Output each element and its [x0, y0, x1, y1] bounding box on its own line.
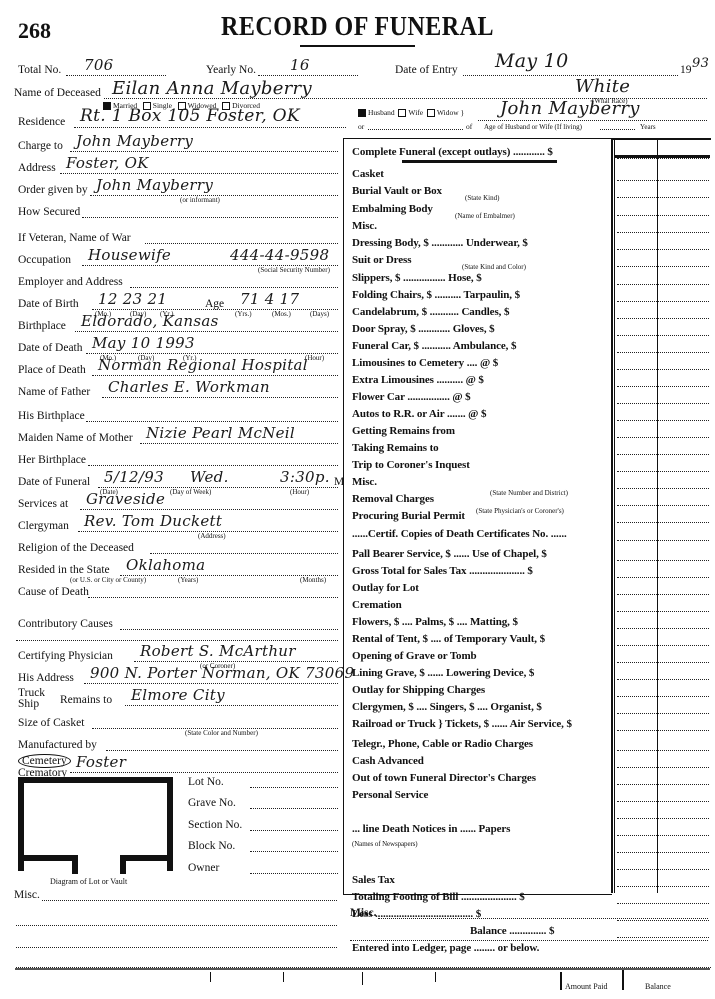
charge-item: Folding Chairs, $ .......... Tarpaulin, … — [352, 289, 520, 301]
charge-amount-cell[interactable] — [617, 352, 709, 353]
charge-item: Taking Remains to — [352, 442, 439, 454]
charge-item: Funeral Car, $ ........... Ambulance, $ — [352, 340, 516, 352]
caption-burial-vault: (State Kind) — [465, 194, 499, 202]
misc-left-line[interactable] — [16, 947, 337, 948]
charge-amount-cell[interactable] — [617, 249, 709, 250]
charge-amount-cell[interactable] — [617, 903, 709, 904]
field-line[interactable] — [134, 661, 338, 662]
lot-diagram-edge — [18, 855, 78, 861]
date-of-entry-line — [463, 75, 678, 76]
checkbox-icon[interactable] — [427, 109, 435, 117]
charge-amount-cell[interactable] — [617, 594, 709, 595]
field-label: Contributory Causes — [18, 618, 113, 630]
complete-funeral-underline — [402, 160, 557, 163]
checkbox-icon[interactable] — [398, 109, 406, 117]
charge-amount-cell[interactable] — [617, 420, 709, 421]
misc-right-label: Misc. — [350, 907, 377, 919]
field-caption: (or informant) — [180, 196, 220, 204]
age-caption: (Yrs.) — [235, 310, 252, 318]
field-value[interactable]: 900 N. Porter Norman, OK 73069 — [90, 664, 354, 682]
field-line[interactable] — [86, 421, 338, 422]
charge-amount-cell[interactable] — [617, 662, 709, 663]
checkbox-checked-icon[interactable] — [358, 109, 366, 117]
charge-amount-cell[interactable] — [617, 540, 709, 541]
charge-amount-cell[interactable] — [617, 215, 709, 216]
transport-type: TruckShip — [18, 688, 45, 710]
field-caption: (State Color and Number) — [185, 729, 258, 737]
field-label: His Address — [18, 672, 74, 684]
charge-item: Outlay for Lot — [352, 582, 419, 594]
field-line[interactable] — [130, 287, 338, 288]
field-line[interactable] — [125, 705, 338, 706]
field-label: Size of Casket — [18, 717, 84, 729]
field-line[interactable] — [140, 443, 338, 444]
spouse-of-label: of — [466, 122, 472, 131]
charge-amount-cell[interactable] — [617, 696, 709, 697]
amount-paid-label: Amount Paid — [565, 982, 607, 991]
residence-line — [74, 127, 346, 128]
lot-diagram-leg — [72, 855, 78, 874]
charge-amount-cell[interactable] — [617, 471, 709, 472]
field-line[interactable] — [150, 553, 338, 554]
field-label: Cause of Death — [18, 586, 89, 598]
charge-item: Slippers, $ ................ Hose, $ — [352, 272, 482, 284]
race-value[interactable]: White — [575, 76, 630, 97]
footer-tick — [362, 972, 363, 985]
lot-field-label: Section No. — [188, 819, 242, 831]
charge-item: Misc. — [352, 476, 377, 488]
charge-amount-cell[interactable] — [617, 750, 709, 751]
charge-amount-cell[interactable] — [617, 158, 709, 159]
charge-item: Flower Car ................ @ $ — [352, 391, 471, 403]
field-value[interactable]: 12 23 21 — [98, 290, 167, 308]
page-title: RECORD OF FUNERAL — [0, 12, 715, 43]
misc-right-line[interactable] — [378, 918, 708, 919]
charge-item: ......Certif. Copies of Death Certificat… — [352, 528, 567, 540]
charge-amount-cell[interactable] — [617, 488, 709, 489]
footer-divider — [560, 972, 562, 990]
field-label: Employer and Address — [18, 276, 123, 288]
charge-item: Embalming Body — [352, 203, 433, 215]
caption-certif: (State Physician's or Coroner's) — [476, 507, 564, 515]
field-line[interactable] — [88, 597, 338, 598]
lot-field-line[interactable] — [250, 808, 338, 809]
charge-item: Dressing Body, $ ............ Underwear,… — [352, 237, 528, 249]
field-value-secondary[interactable]: 444-44-9598 — [230, 246, 329, 264]
lot-field-line[interactable] — [250, 851, 338, 852]
diagram-caption: Diagram of Lot or Vault — [50, 877, 127, 886]
field-label: Clergyman — [18, 520, 69, 532]
charge-amount-cell[interactable] — [617, 197, 709, 198]
charge-item: Out of town Funeral Director's Charges — [352, 772, 536, 784]
charge-amount-cell[interactable] — [617, 628, 709, 629]
lot-diagram-edge — [120, 855, 173, 861]
field-value[interactable]: Robert S. McArthur — [140, 642, 296, 660]
charge-item: Removal Charges — [352, 493, 434, 505]
total-no-value[interactable]: 706 — [84, 56, 114, 74]
charge-amount-cell[interactable] — [617, 301, 709, 302]
charge-item: Burial Vault or Box — [352, 185, 442, 197]
lot-field-line[interactable] — [250, 787, 338, 788]
field-value[interactable]: Foster — [76, 753, 126, 771]
charge-item: Clergymen, $ .... Singers, $ .... Organi… — [352, 701, 542, 713]
lot-field-label: Grave No. — [188, 797, 236, 809]
charge-item: Sales Tax — [352, 874, 395, 886]
field-line[interactable] — [80, 509, 338, 510]
charge-amount-cell[interactable] — [617, 713, 709, 714]
ship-option[interactable]: Ship — [18, 699, 45, 710]
charge-amount-cell[interactable] — [617, 920, 709, 921]
age-label: Age — [205, 298, 224, 310]
field-label: Birthplace — [18, 320, 66, 332]
field-caption: (Social Security Number) — [258, 266, 330, 274]
total-no-label: Total No. — [18, 64, 61, 76]
charge-item: Totaling Footing of Bill ...............… — [352, 891, 525, 903]
charge-item: Door Spray, $ ............ Gloves, $ — [352, 323, 495, 335]
spouse-type-group: Husband Wife Widow } — [358, 108, 464, 117]
charge-amount-cell[interactable] — [617, 645, 709, 646]
charge-item: Telegr., Phone, Cable or Radio Charges — [352, 738, 533, 750]
field-line[interactable] — [88, 465, 338, 466]
caption-permit: (State Number and District) — [490, 489, 568, 497]
charge-item: Gross Total for Sales Tax ..............… — [352, 565, 533, 577]
charge-item: Railroad or Truck } Tickets, $ ...... Ai… — [352, 718, 572, 730]
field-caption: (Hour) — [290, 488, 309, 496]
charge-item: ... line Death Notices in ...... Papers — [352, 823, 510, 835]
cemetery-option-circled[interactable]: Cemetery — [18, 754, 71, 768]
age-caption: (Mos.) — [272, 310, 291, 318]
charges-column-divider — [614, 138, 615, 893]
charge-amount-cell[interactable] — [617, 611, 709, 612]
charge-item: Cremation — [352, 599, 402, 611]
field-line[interactable] — [84, 683, 338, 684]
charge-amount-cell[interactable] — [617, 886, 709, 887]
spouse-or-line — [368, 129, 463, 130]
field-value-hour[interactable]: 3:30p. — [280, 468, 330, 486]
name-label: Name of Deceased — [14, 87, 101, 99]
charge-amount-cell[interactable] — [617, 522, 709, 523]
charge-item: Suit or Dress — [352, 254, 411, 266]
field-label: How Secured — [18, 206, 80, 218]
field-value[interactable]: John Mayberry — [96, 176, 213, 194]
charge-amount-cell[interactable] — [617, 369, 709, 370]
field-line[interactable] — [106, 750, 338, 751]
footer-tick — [283, 972, 284, 982]
field-label: Place of Death — [18, 364, 86, 376]
charge-amount-cell[interactable] — [617, 318, 709, 319]
field-caption: (Months) — [300, 576, 326, 584]
charge-item: Cash Advanced — [352, 755, 424, 767]
date-of-entry-value[interactable]: May 10 — [495, 50, 569, 72]
field-label: His Birthplace — [18, 410, 85, 422]
misc-right-line[interactable] — [350, 940, 708, 941]
charge-amount-cell[interactable] — [617, 454, 709, 455]
field-caption: (Years) — [178, 576, 198, 584]
charge-amount-cell[interactable] — [617, 679, 709, 680]
field-label: Order given by — [18, 184, 88, 196]
caption-embalming: (Name of Embalmer) — [455, 212, 515, 220]
spouse-age-caption: Age of Husband or Wife (If living) — [484, 123, 582, 131]
charge-item: Complete Funeral (except outlays) ......… — [352, 146, 553, 158]
charge-item: Limousines to Cemetery .... @ $ — [352, 357, 498, 369]
footer-tick — [210, 972, 211, 982]
lot-field-label: Lot No. — [188, 776, 224, 788]
field-value[interactable]: Foster, OK — [66, 154, 149, 172]
lot-field-label: Owner — [188, 862, 219, 874]
charge-amount-cell[interactable] — [617, 335, 709, 336]
yearly-no-value[interactable]: 16 — [290, 56, 310, 74]
field-label: Maiden Name of Mother — [18, 432, 133, 444]
spouse-or-label: or — [358, 122, 364, 131]
field-label: Occupation — [18, 254, 71, 266]
charge-item: Balance .............. $ — [470, 925, 554, 937]
spouse-wife[interactable]: Wife — [398, 108, 423, 117]
field-value[interactable]: Rev. Tom Duckett — [84, 512, 222, 530]
field-value[interactable]: Charles E. Workman — [108, 378, 270, 396]
charge-item: Outlay for Shipping Charges — [352, 684, 485, 696]
total-no-line — [66, 75, 166, 76]
field-line[interactable] — [16, 640, 338, 641]
spouse-age-line — [600, 129, 635, 130]
field-label: Charge to — [18, 140, 63, 152]
charge-amount-cell[interactable] — [617, 232, 709, 233]
field-caption: (Address) — [198, 532, 226, 540]
charge-amount-cell[interactable] — [617, 784, 709, 785]
field-caption: (Day of Week) — [170, 488, 211, 496]
field-value[interactable]: Oklahoma — [126, 556, 205, 574]
field-value[interactable]: Housewife — [88, 246, 171, 264]
charge-item: Autos to R.R. or Air ....... @ $ — [352, 408, 486, 420]
field-label: Her Birthplace — [18, 454, 86, 466]
charge-amount-cell[interactable] — [617, 505, 709, 506]
field-label: If Veteran, Name of War — [18, 232, 131, 244]
field-label: Date of Death — [18, 342, 83, 354]
balance-footer-label: Balance — [645, 982, 671, 991]
spouse-name-line — [478, 120, 707, 121]
footer-rule — [15, 968, 710, 970]
field-value[interactable]: Norman Regional Hospital — [98, 356, 308, 374]
title-underline — [300, 45, 415, 47]
charge-amount-cell[interactable] — [617, 577, 709, 578]
charge-amount-cell[interactable] — [617, 180, 709, 181]
charge-item: Casket — [352, 168, 384, 180]
lot-diagram-leg — [120, 855, 126, 874]
field-value[interactable]: Elmore City — [131, 686, 225, 704]
residence-label: Residence — [18, 116, 65, 128]
field-label: Address — [18, 162, 56, 174]
field-line[interactable] — [70, 772, 338, 773]
spouse-husband[interactable]: Husband — [358, 108, 395, 117]
field-label: Religion of the Deceased — [18, 542, 134, 554]
field-value-secondary[interactable]: Wed. — [190, 468, 229, 486]
charge-item: (Names of Newspapers) — [352, 840, 418, 848]
charge-item: Entered into Ledger, page ........ or be… — [352, 942, 539, 954]
field-caption: (or U.S. or City or County) — [70, 576, 146, 584]
field-value[interactable]: Eldorado, Kansas — [81, 312, 219, 330]
field-label: Resided in the State — [18, 564, 110, 576]
field-line[interactable] — [120, 629, 338, 630]
field-value[interactable]: Graveside — [86, 490, 165, 508]
charge-amount-cell[interactable] — [617, 560, 709, 561]
year-prefix: 19 — [680, 64, 692, 76]
field-value[interactable]: 5/12/93 — [104, 468, 164, 486]
field-label: Date of Birth — [18, 298, 79, 310]
charges-cents-divider — [657, 138, 658, 893]
charge-item: Getting Remains from — [352, 425, 455, 437]
charge-amount-cell[interactable] — [617, 869, 709, 870]
spouse-widow[interactable]: Widow — [427, 108, 459, 117]
charge-item: Procuring Burial Permit — [352, 510, 465, 522]
charge-item: Extra Limousines .......... @ $ — [352, 374, 484, 386]
field-line[interactable] — [145, 243, 338, 244]
field-line[interactable] — [70, 151, 338, 152]
charge-amount-cell[interactable] — [617, 284, 709, 285]
charge-amount-cell[interactable] — [617, 937, 709, 938]
charge-amount-cell[interactable] — [617, 852, 709, 853]
lot-field-line[interactable] — [250, 873, 338, 874]
charge-item: Candelabrum, $ ........... Candles, $ — [352, 306, 509, 318]
charge-item: Opening of Grave or Tomb — [352, 650, 477, 662]
charge-amount-cell[interactable] — [617, 386, 709, 387]
field-value[interactable]: May 10 1993 — [92, 334, 195, 352]
field-label: CemeteryCrematory — [18, 755, 71, 779]
charge-item: Lining Grave, $ ...... Lowering Device, … — [352, 667, 534, 679]
misc-left-line[interactable] — [42, 900, 337, 901]
yearly-no-line — [258, 75, 358, 76]
charge-item: Personal Service — [352, 789, 428, 801]
charge-amount-cell[interactable] — [617, 266, 709, 267]
field-label: Name of Father — [18, 386, 90, 398]
charges-column-top — [611, 138, 711, 140]
field-line[interactable] — [92, 375, 338, 376]
charge-item: Pall Bearer Service, $ ...... Use of Cha… — [352, 548, 547, 560]
field-label: Remains to — [60, 694, 112, 706]
yearly-no-label: Yearly No. — [206, 64, 256, 76]
field-label: Services at — [18, 498, 68, 510]
charges-column-divider — [611, 138, 613, 893]
field-line[interactable] — [86, 353, 338, 354]
charge-amount-cell[interactable] — [617, 835, 709, 836]
lot-field-label: Block No. — [188, 840, 235, 852]
field-line[interactable] — [75, 331, 338, 332]
footer-tick — [435, 972, 436, 982]
charge-amount-cell[interactable] — [617, 818, 709, 819]
misc-left-label: Misc. — [14, 889, 40, 901]
charge-item: Trip to Coroner's Inquest — [352, 459, 470, 471]
field-value[interactable]: Nizie Pearl McNeil — [146, 424, 295, 442]
field-line[interactable] — [60, 173, 338, 174]
lot-field-line[interactable] — [250, 830, 338, 831]
age-value[interactable]: 71 4 17 — [240, 290, 299, 308]
charge-item: Flowers, $ .... Palms, $ .... Matting, $ — [352, 616, 518, 628]
charge-amount-cell[interactable] — [617, 767, 709, 768]
date-of-entry-label: Date of Entry — [395, 64, 458, 76]
charge-item: Misc. — [352, 220, 377, 232]
footer-divider — [622, 970, 624, 990]
residence-value[interactable]: Rt. 1 Box 105 Foster, OK — [80, 106, 300, 126]
charge-item: Rental of Tent, $ .... of Temporary Vaul… — [352, 633, 545, 645]
year-suffix[interactable]: 93 — [692, 56, 709, 71]
field-line[interactable] — [102, 397, 338, 398]
misc-left-line[interactable] — [16, 925, 337, 926]
field-label: Date of Funeral — [18, 476, 90, 488]
charge-amount-cell[interactable] — [617, 730, 709, 731]
field-value[interactable]: John Mayberry — [76, 132, 193, 150]
charge-amount-cell[interactable] — [617, 437, 709, 438]
years-label: Years — [640, 123, 656, 131]
charge-amount-cell[interactable] — [617, 403, 709, 404]
caption-suit: (State Kind and Color) — [462, 263, 526, 271]
field-line[interactable] — [82, 217, 338, 218]
field-label: Certifying Physician — [18, 650, 113, 662]
field-label: Manufactured by — [18, 739, 97, 751]
spouse-name[interactable]: John Mayberry — [500, 98, 640, 119]
charge-amount-cell[interactable] — [617, 801, 709, 802]
deceased-name[interactable]: Eilan Anna Mayberry — [112, 78, 312, 99]
age-caption: (Days) — [310, 310, 329, 318]
